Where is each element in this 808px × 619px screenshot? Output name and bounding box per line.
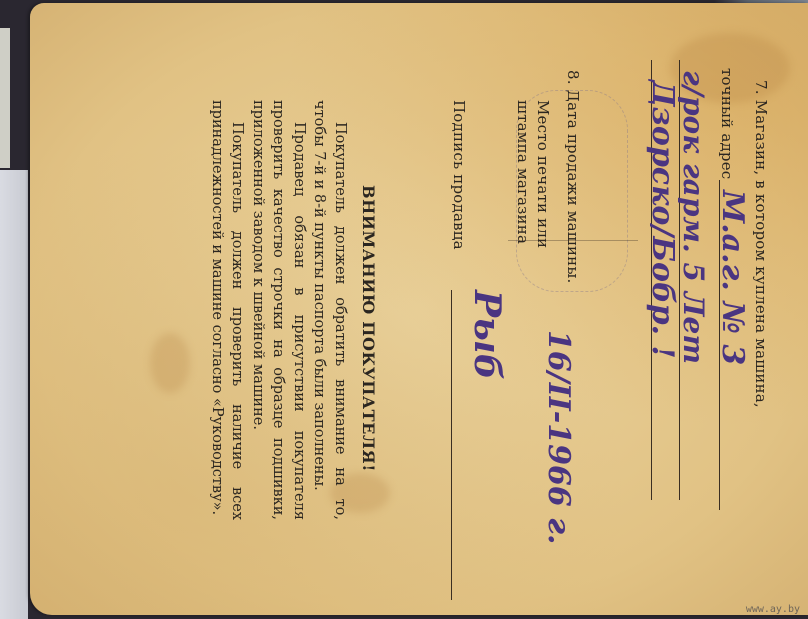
notice-paragraph: Покупатель должен проверить наличие всех… [207, 100, 248, 520]
handwritten-shop-number: М.а.г. № 3 [715, 190, 750, 365]
handwritten-signature: Рыб [466, 290, 508, 380]
notice-body: Покупатель должен обратить внимание на т… [207, 100, 351, 520]
seller-signature-label: Подпись продавца [450, 100, 468, 250]
handwritten-sale-date: 16/II-1966 г. [541, 330, 576, 544]
notice-heading: ВНИМАНИЮ ПОКУПАТЕЛЯ! [359, 185, 378, 472]
notice-paragraph: Покупатель должен обратить внимание на т… [309, 100, 350, 520]
rotated-document-content: 7. Магазин, в котором куплена машина, то… [0, 0, 808, 619]
notice-paragraph: Продавец обязан в присутствии покупателя… [248, 100, 310, 520]
signature-line [451, 290, 452, 600]
item7-sublabel: точный адрес [718, 68, 736, 179]
watermark: www.ay.by [746, 604, 800, 615]
handwritten-address-1: г/рок гарм. 5 Лет [677, 70, 710, 364]
item7-label: 7. Магазин, в котором куплена машина, [752, 80, 770, 408]
faded-stamp [516, 90, 628, 292]
handwritten-address-2: Дзорско/Бобр. ! [645, 80, 680, 359]
stamp-divider [508, 240, 638, 241]
